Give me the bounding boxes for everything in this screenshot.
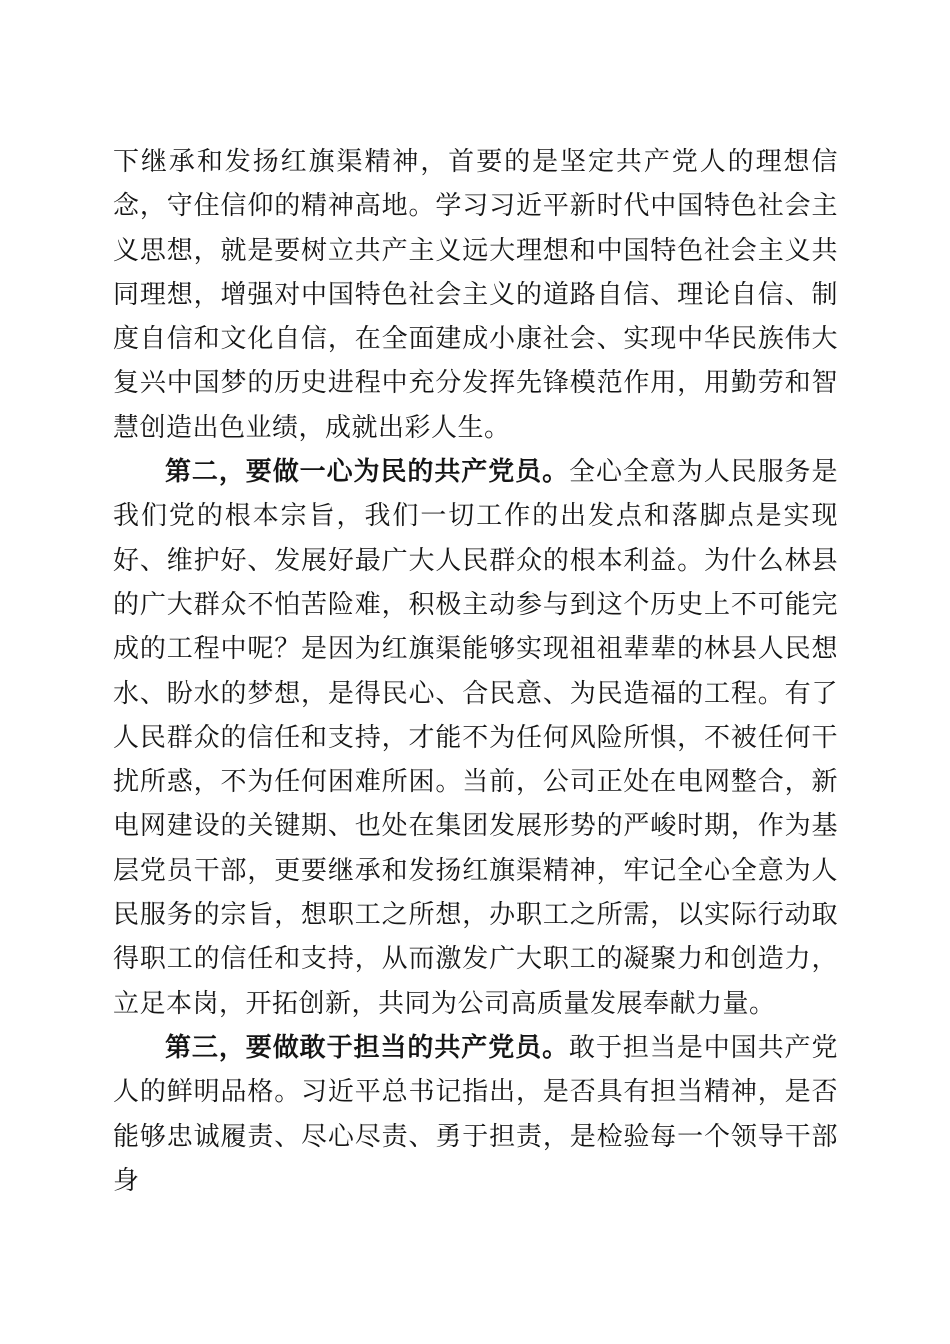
paragraph-text: 全心全意为人民服务是我们党的根本宗旨，我们一切工作的出发点和落脚点是实现好、维护… <box>113 457 838 1018</box>
paragraph-lead-heading: 第三，要做敢于担当的共产党员。 <box>165 1033 569 1062</box>
paragraph-second-point: 第二，要做一心为民的共产党员。全心全意为人民服务是我们党的根本宗旨，我们一切工作… <box>113 450 838 1026</box>
document-page: 下继承和发扬红旗渠精神，首要的是坚定共产党人的理想信念，守住信仰的精神高地。学习… <box>0 0 950 1344</box>
document-body: 下继承和发扬红旗渠精神，首要的是坚定共产党人的理想信念，守住信仰的精神高地。学习… <box>113 140 838 1203</box>
paragraph-text: 下继承和发扬红旗渠精神，首要的是坚定共产党人的理想信念，守住信仰的精神高地。学习… <box>113 147 838 442</box>
paragraph-continued-from-previous-page: 下继承和发扬红旗渠精神，首要的是坚定共产党人的理想信念，守住信仰的精神高地。学习… <box>113 140 838 450</box>
paragraph-third-point: 第三，要做敢于担当的共产党员。敢于担当是中国共产党人的鲜明品格。习近平总书记指出… <box>113 1026 838 1203</box>
paragraph-lead-heading: 第二，要做一心为民的共产党员。 <box>165 457 569 486</box>
document-page-background: { "page": { "background_color": "#ffffff… <box>0 0 950 1344</box>
